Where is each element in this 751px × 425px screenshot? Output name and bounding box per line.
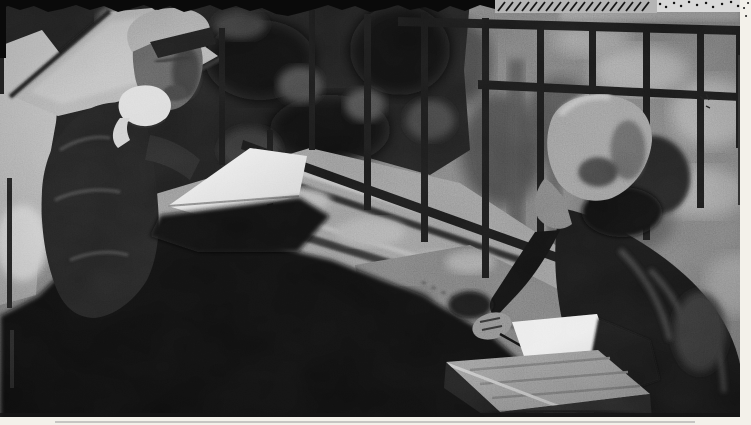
photo-canvas — [0, 0, 751, 425]
left-edge-bar-fade — [0, 58, 4, 94]
photo-bottom-edge — [0, 413, 740, 417]
left-edge-bar — [0, 0, 6, 58]
bottom-faint-rule — [55, 421, 695, 423]
halftone-photograph — [0, 0, 751, 425]
photo-scene — [0, 0, 751, 425]
right-margin — [740, 0, 751, 425]
vignette — [0, 0, 740, 417]
right-photo-edge-line — [738, 55, 740, 205]
